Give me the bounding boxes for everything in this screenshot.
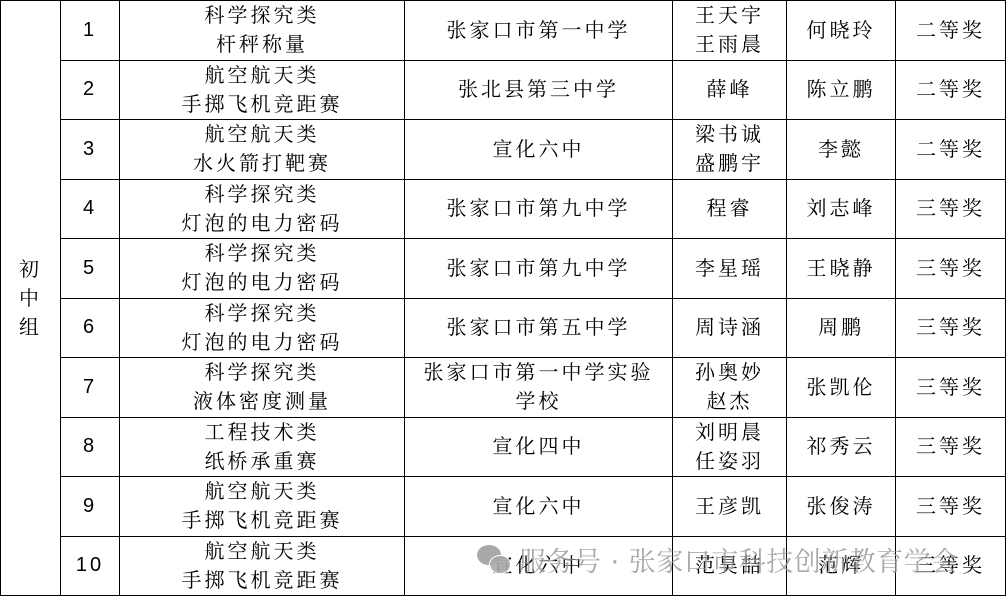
- teacher-cell: 何晓玲: [787, 1, 896, 61]
- project-cell: 科学探究类灯泡的电力密码: [120, 298, 405, 358]
- table-row: 3航空航天类水火箭打靶赛宣化六中梁书诚盛鹏宇李懿二等奖: [1, 120, 1006, 180]
- project-cell: 科学探究类灯泡的电力密码: [120, 179, 405, 239]
- cell-line: 宣化六中: [405, 551, 672, 580]
- cell-line: 中: [1, 284, 60, 313]
- project-cell: 航空航天类手掷飞机竞距赛: [120, 536, 405, 596]
- teacher-cell: 陈立鹏: [787, 60, 896, 120]
- cell-line: 宣化六中: [405, 492, 672, 521]
- school-cell: 张家口市第五中学: [405, 298, 673, 358]
- project-cell: 航空航天类手掷飞机竞距赛: [120, 60, 405, 120]
- row-number: 5: [61, 239, 120, 299]
- cell-line: 科学探究类: [120, 239, 404, 268]
- award-cell: 二等奖: [896, 120, 1006, 180]
- cell-line: 张北县第三中学: [405, 75, 672, 104]
- group-cell: 初中组: [1, 1, 61, 596]
- cell-line: 薛峰: [673, 75, 786, 104]
- school-cell: 宣化四中: [405, 417, 673, 477]
- cell-line: 赵杰: [673, 387, 786, 416]
- award-cell: 二等奖: [896, 1, 1006, 61]
- school-cell: 宣化六中: [405, 536, 673, 596]
- project-cell: 科学探究类杆秤称量: [120, 1, 405, 61]
- table-row: 7科学探究类液体密度测量张家口市第一中学实验学校孙奥妙赵杰张凯伦三等奖: [1, 358, 1006, 418]
- table-row: 5科学探究类灯泡的电力密码张家口市第九中学李星瑶王晓静三等奖: [1, 239, 1006, 299]
- cell-line: 宣化六中: [405, 135, 672, 164]
- school-cell: 张家口市第一中学实验学校: [405, 358, 673, 418]
- project-cell: 科学探究类液体密度测量: [120, 358, 405, 418]
- row-number: 6: [61, 298, 120, 358]
- cell-line: 程睿: [673, 194, 786, 223]
- students-cell: 刘明晨任姿羽: [673, 417, 787, 477]
- table-row: 9航空航天类手掷飞机竞距赛宣化六中王彦凯张俊涛三等奖: [1, 477, 1006, 537]
- award-cell: 三等奖: [896, 536, 1006, 596]
- school-cell: 张家口市第九中学: [405, 239, 673, 299]
- award-cell: 三等奖: [896, 358, 1006, 418]
- teacher-cell: 张凯伦: [787, 358, 896, 418]
- cell-line: 张家口市第一中学: [405, 16, 672, 45]
- awards-table: 初中组1科学探究类杆秤称量张家口市第一中学王天宇王雨晨何晓玲二等奖2航空航天类手…: [0, 0, 1006, 596]
- row-number: 1: [61, 1, 120, 61]
- award-cell: 三等奖: [896, 298, 1006, 358]
- cell-line: 宣化四中: [405, 432, 672, 461]
- project-cell: 科学探究类灯泡的电力密码: [120, 239, 405, 299]
- school-cell: 张北县第三中学: [405, 60, 673, 120]
- table-row: 8工程技术类纸桥承重赛宣化四中刘明晨任姿羽祁秀云三等奖: [1, 417, 1006, 477]
- cell-line: 杆秤称量: [120, 30, 404, 59]
- cell-line: 范昊喆: [673, 551, 786, 580]
- award-cell: 三等奖: [896, 239, 1006, 299]
- project-cell: 工程技术类纸桥承重赛: [120, 417, 405, 477]
- students-cell: 李星瑶: [673, 239, 787, 299]
- table-row: 2航空航天类手掷飞机竞距赛张北县第三中学薛峰陈立鹏二等奖: [1, 60, 1006, 120]
- students-cell: 薛峰: [673, 60, 787, 120]
- cell-line: 灯泡的电力密码: [120, 209, 404, 238]
- award-cell: 三等奖: [896, 477, 1006, 537]
- school-cell: 张家口市第一中学: [405, 1, 673, 61]
- cell-line: 任姿羽: [673, 447, 786, 476]
- cell-line: 刘明晨: [673, 418, 786, 447]
- teacher-cell: 李懿: [787, 120, 896, 180]
- cell-line: 李星瑶: [673, 254, 786, 283]
- students-cell: 王彦凯: [673, 477, 787, 537]
- cell-line: 梁书诚: [673, 120, 786, 149]
- students-cell: 周诗涵: [673, 298, 787, 358]
- award-cell: 三等奖: [896, 179, 1006, 239]
- cell-line: 学校: [405, 387, 672, 416]
- students-cell: 梁书诚盛鹏宇: [673, 120, 787, 180]
- teacher-cell: 祁秀云: [787, 417, 896, 477]
- cell-line: 航空航天类: [120, 61, 404, 90]
- cell-line: 盛鹏宇: [673, 149, 786, 178]
- teacher-cell: 张俊涛: [787, 477, 896, 537]
- cell-line: 王天宇: [673, 1, 786, 30]
- cell-line: 手掷飞机竞距赛: [120, 506, 404, 535]
- row-number: 8: [61, 417, 120, 477]
- cell-line: 张家口市第一中学实验: [405, 358, 672, 387]
- cell-line: 孙奥妙: [673, 358, 786, 387]
- row-number: 2: [61, 60, 120, 120]
- cell-line: 纸桥承重赛: [120, 447, 404, 476]
- award-cell: 三等奖: [896, 417, 1006, 477]
- project-cell: 航空航天类水火箭打靶赛: [120, 120, 405, 180]
- cell-line: 科学探究类: [120, 358, 404, 387]
- table-row: 6科学探究类灯泡的电力密码张家口市第五中学周诗涵周鹏三等奖: [1, 298, 1006, 358]
- cell-line: 工程技术类: [120, 418, 404, 447]
- cell-line: 科学探究类: [120, 299, 404, 328]
- school-cell: 宣化六中: [405, 477, 673, 537]
- row-number: 7: [61, 358, 120, 418]
- cell-line: 航空航天类: [120, 120, 404, 149]
- cell-line: 液体密度测量: [120, 387, 404, 416]
- cell-line: 组: [1, 313, 60, 342]
- table-row: 10航空航天类手掷飞机竞距赛宣化六中范昊喆范辉三等奖: [1, 536, 1006, 596]
- students-cell: 范昊喆: [673, 536, 787, 596]
- teacher-cell: 范辉: [787, 536, 896, 596]
- cell-line: 科学探究类: [120, 180, 404, 209]
- table-row: 4科学探究类灯泡的电力密码张家口市第九中学程睿刘志峰三等奖: [1, 179, 1006, 239]
- row-number: 9: [61, 477, 120, 537]
- students-cell: 王天宇王雨晨: [673, 1, 787, 61]
- cell-line: 灯泡的电力密码: [120, 268, 404, 297]
- students-cell: 孙奥妙赵杰: [673, 358, 787, 418]
- cell-line: 水火箭打靶赛: [120, 149, 404, 178]
- table-row: 初中组1科学探究类杆秤称量张家口市第一中学王天宇王雨晨何晓玲二等奖: [1, 1, 1006, 61]
- school-cell: 张家口市第九中学: [405, 179, 673, 239]
- cell-line: 周诗涵: [673, 313, 786, 342]
- teacher-cell: 王晓静: [787, 239, 896, 299]
- cell-line: 王彦凯: [673, 492, 786, 521]
- row-number: 3: [61, 120, 120, 180]
- school-cell: 宣化六中: [405, 120, 673, 180]
- cell-line: 初: [1, 255, 60, 284]
- teacher-cell: 刘志峰: [787, 179, 896, 239]
- row-number: 10: [61, 536, 120, 596]
- cell-line: 张家口市第九中学: [405, 194, 672, 223]
- cell-line: 航空航天类: [120, 537, 404, 566]
- cell-line: 手掷飞机竞距赛: [120, 566, 404, 595]
- cell-line: 航空航天类: [120, 477, 404, 506]
- students-cell: 程睿: [673, 179, 787, 239]
- cell-line: 手掷飞机竞距赛: [120, 90, 404, 119]
- cell-line: 灯泡的电力密码: [120, 328, 404, 357]
- cell-line: 张家口市第九中学: [405, 254, 672, 283]
- cell-line: 张家口市第五中学: [405, 313, 672, 342]
- cell-line: 王雨晨: [673, 30, 786, 59]
- project-cell: 航空航天类手掷飞机竞距赛: [120, 477, 405, 537]
- teacher-cell: 周鹏: [787, 298, 896, 358]
- awards-table-body: 初中组1科学探究类杆秤称量张家口市第一中学王天宇王雨晨何晓玲二等奖2航空航天类手…: [1, 1, 1006, 596]
- row-number: 4: [61, 179, 120, 239]
- cell-line: 科学探究类: [120, 1, 404, 30]
- award-cell: 二等奖: [896, 60, 1006, 120]
